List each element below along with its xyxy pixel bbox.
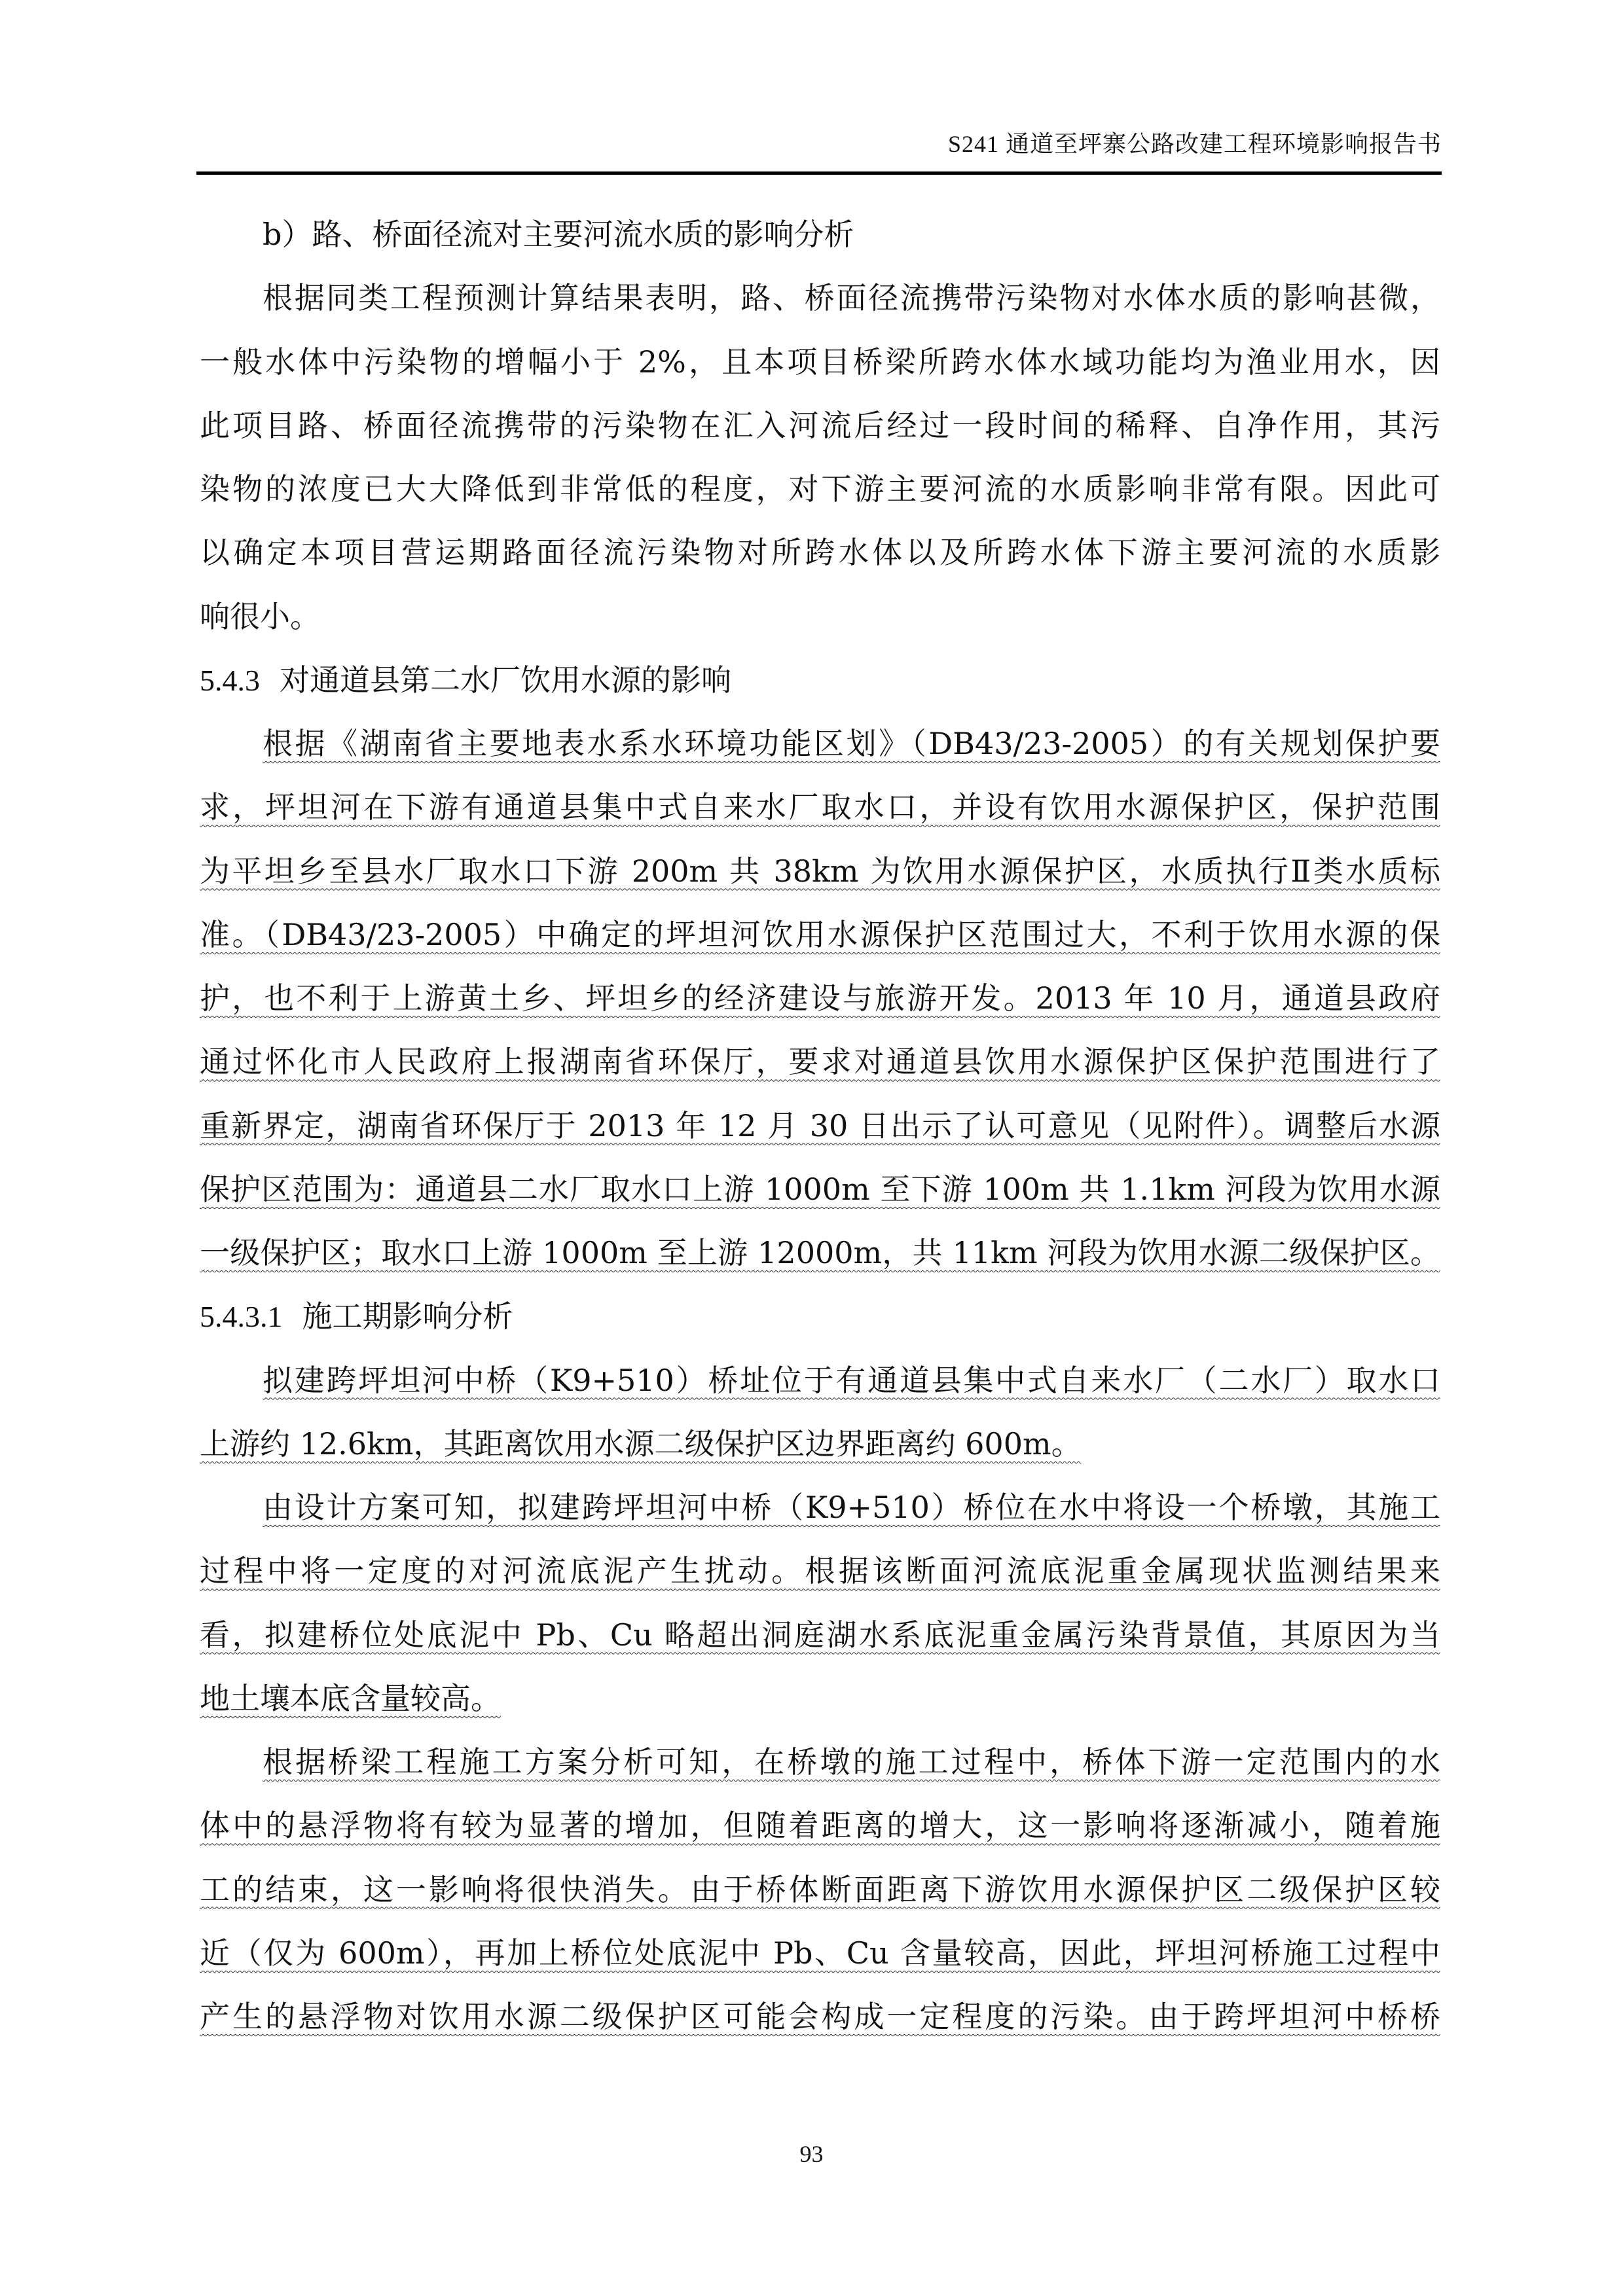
- paragraph-line: 根据同类工程预测计算结果表明，路、桥面径流携带污染物对水体水质的影响甚微，: [200, 266, 1440, 330]
- section-title: 对通道县第二水厂饮用水源的影响: [280, 662, 731, 698]
- paragraph-line: 以确定本项目营运期路面径流污染物对所跨水体以及所跨水体下游主要河流的水质影: [200, 521, 1440, 584]
- paragraph-line: 拟建跨坪坦河中桥（K9+510）桥址位于有通道县集中式自来水厂（二水厂）取水口: [200, 1349, 1440, 1412]
- paragraph-water-source-protection: 根据《湖南省主要地表水系水环境功能区划》（DB43/23-2005）的有关规划保…: [200, 712, 1440, 1285]
- paragraph-line: 上游约 12.6km，其距离饮用水源二级保护区边界距离约 600m。: [200, 1412, 1440, 1476]
- line-text: 求，坪坦河在下游有通道县集中式自来水厂取水口，并设有饮用水源保护区，保护范围: [200, 789, 1440, 825]
- paragraph-line: 染物的浓度已大大降低到非常低的程度，对下游主要河流的水质影响非常有限。因此可: [200, 457, 1440, 521]
- section-heading-5-4-3: 5.4.3对通道县第二水厂饮用水源的影响: [200, 649, 1440, 712]
- line-text: 此项目路、桥面径流携带的污染物在汇入河流后经过一段时间的稀释、自净作用，其污: [200, 408, 1440, 443]
- section-title: 施工期影响分析: [302, 1299, 513, 1334]
- paragraph-line: 护，也不利于上游黄土乡、坪坦乡的经济建设与旅游开发。2013 年 10 月，通道…: [200, 967, 1440, 1030]
- line-text: 以确定本项目营运期路面径流污染物对所跨水体以及所跨水体下游主要河流的水质影: [200, 535, 1440, 570]
- paragraph-line: 工的结束，这一影响将很快消失。由于桥体断面距离下游饮用水源保护区二级保护区较: [200, 1858, 1440, 1922]
- paragraph-line: 地土壤本底含量较高。: [200, 1667, 1440, 1731]
- line-text: 上游约 12.6km，其距离饮用水源二级保护区边界距离约 600m。: [200, 1426, 1082, 1462]
- page-header: S241 通道至坪寨公路改建工程环境影响报告书: [196, 117, 1442, 173]
- line-text: 根据同类工程预测计算结果表明，路、桥面径流携带污染物对水体水质的影响甚微，: [263, 280, 1440, 315]
- paragraph-line: 求，坪坦河在下游有通道县集中式自来水厂取水口，并设有饮用水源保护区，保护范围: [200, 776, 1440, 839]
- line-text: 由设计方案可知，拟建跨坪坦河中桥（K9+510）桥位在水中将设一个桥墩，其施工: [263, 1490, 1440, 1525]
- line-text: 重新界定，湖南省环保厅于 2013 年 12 月 30 日出示了认可意见（见附件…: [200, 1108, 1440, 1143]
- paragraph-line: 准。（DB43/23-2005）中确定的坪坦河饮用水源保护区范围过大，不利于饮用…: [200, 903, 1440, 967]
- paragraph-line: 一般水体中污染物的增幅小于 2%，且本项目桥梁所跨水体水域功能均为渔业用水，因: [200, 331, 1440, 394]
- line-text: 一般水体中污染物的增幅小于 2%，且本项目桥梁所跨水体水域功能均为渔业用水，因: [200, 344, 1440, 380]
- paragraph-line: 过程中将一定度的对河流底泥产生扰动。根据该断面河流底泥重金属现状监测结果来: [200, 1539, 1440, 1603]
- line-text: 地土壤本底含量较高。: [200, 1681, 501, 1716]
- document-title: S241 通道至坪寨公路改建工程环境影响报告书: [948, 124, 1442, 164]
- paragraph-runoff-analysis: 根据同类工程预测计算结果表明，路、桥面径流携带污染物对水体水质的影响甚微， 一般…: [200, 266, 1440, 649]
- header-rule: [196, 171, 1442, 175]
- line-text: 近（仅为 600m），再加上桥位处底泥中 Pb、Cu 含量较高，因此，坪坦河桥施…: [200, 1935, 1440, 1971]
- subheading-b-text: b）路、桥面径流对主要河流水质的影响分析: [263, 217, 854, 252]
- paragraph-line: 一级保护区；取水口上游 1000m 至上游 12000m，共 11km 河段为饮…: [200, 1221, 1440, 1285]
- paragraph-line: 近（仅为 600m），再加上桥位处底泥中 Pb、Cu 含量较高，因此，坪坦河桥施…: [200, 1922, 1440, 1985]
- paragraph-suspended-solids: 根据桥梁工程施工方案分析可知，在桥墩的施工过程中，桥体下游一定范围内的水 体中的…: [200, 1731, 1440, 2049]
- line-text: 护，也不利于上游黄土乡、坪坦乡的经济建设与旅游开发。2013 年 10 月，通道…: [200, 980, 1440, 1016]
- line-text: 保护区范围为：通道县二水厂取水口上游 1000m 至下游 100m 共 1.1k…: [200, 1172, 1440, 1207]
- paragraph-line: 通过怀化市人民政府上报湖南省环保厅，要求对通道县饮用水源保护区保护范围进行了: [200, 1030, 1440, 1094]
- page-number: 93: [0, 2140, 1623, 2168]
- paragraph-line: 此项目路、桥面径流携带的污染物在汇入河流后经过一段时间的稀释、自净作用，其污: [200, 394, 1440, 457]
- subheading-b: b）路、桥面径流对主要河流水质的影响分析: [200, 203, 1440, 266]
- line-text: 拟建跨坪坦河中桥（K9+510）桥址位于有通道县集中式自来水厂（二水厂）取水口: [263, 1363, 1440, 1398]
- line-text: 通过怀化市人民政府上报湖南省环保厅，要求对通道县饮用水源保护区保护范围进行了: [200, 1044, 1440, 1079]
- paragraph-line: 根据《湖南省主要地表水系水环境功能区划》（DB43/23-2005）的有关规划保…: [200, 712, 1440, 776]
- paragraph-line: 重新界定，湖南省环保厅于 2013 年 12 月 30 日出示了认可意见（见附件…: [200, 1094, 1440, 1158]
- line-text: 看，拟建桥位处底泥中 Pb、Cu 略超出洞庭湖水系底泥重金属污染背景值，其原因为…: [200, 1617, 1440, 1653]
- section-number: 5.4.3.1: [200, 1300, 283, 1333]
- paragraph-bridge-location: 拟建跨坪坦河中桥（K9+510）桥址位于有通道县集中式自来水厂（二水厂）取水口 …: [200, 1349, 1440, 1477]
- line-text: 染物的浓度已大大降低到非常低的程度，对下游主要河流的水质影响非常有限。因此可: [200, 471, 1440, 507]
- section-heading-5-4-3-1: 5.4.3.1施工期影响分析: [200, 1285, 1440, 1348]
- paragraph-line: 看，拟建桥位处底泥中 Pb、Cu 略超出洞庭湖水系底泥重金属污染背景值，其原因为…: [200, 1604, 1440, 1667]
- line-text: 产生的悬浮物对饮用水源二级保护区可能会构成一定程度的污染。由于跨坪坦河中桥桥: [200, 1999, 1440, 2034]
- line-text: 准。（DB43/23-2005）中确定的坪坦河饮用水源保护区范围过大，不利于饮用…: [200, 917, 1440, 952]
- paragraph-line: 产生的悬浮物对饮用水源二级保护区可能会构成一定程度的污染。由于跨坪坦河中桥桥: [200, 1985, 1440, 2049]
- line-text: 过程中将一定度的对河流底泥产生扰动。根据该断面河流底泥重金属现状监测结果来: [200, 1553, 1440, 1588]
- paragraph-line: 响很小。: [200, 585, 1440, 649]
- line-text: 响很小。: [200, 599, 320, 634]
- line-text: 根据桥梁工程施工方案分析可知，在桥墩的施工过程中，桥体下游一定范围内的水: [263, 1744, 1440, 1780]
- paragraph-line: 由设计方案可知，拟建跨坪坦河中桥（K9+510）桥位在水中将设一个桥墩，其施工: [200, 1476, 1440, 1539]
- section-number: 5.4.3: [200, 664, 260, 697]
- line-text: 为平坦乡至县水厂取水口下游 200m 共 38km 为饮用水源保护区，水质执行Ⅱ…: [200, 853, 1440, 889]
- line-text: 工的结束，这一影响将很快消失。由于桥体断面距离下游饮用水源保护区二级保护区较: [200, 1872, 1440, 1907]
- paragraph-line: 体中的悬浮物将有较为显著的增加，但随着距离的增大，这一影响将逐渐减小，随着施: [200, 1794, 1440, 1857]
- paragraph-line: 保护区范围为：通道县二水厂取水口上游 1000m 至下游 100m 共 1.1k…: [200, 1158, 1440, 1221]
- line-text: 根据《湖南省主要地表水系水环境功能区划》（DB43/23-2005）的有关规划保…: [263, 726, 1440, 761]
- paragraph-line: 为平坦乡至县水厂取水口下游 200m 共 38km 为饮用水源保护区，水质执行Ⅱ…: [200, 840, 1440, 903]
- line-text: 体中的悬浮物将有较为显著的增加，但随着距离的增大，这一影响将逐渐减小，随着施: [200, 1808, 1440, 1843]
- paragraph-sediment-disturbance: 由设计方案可知，拟建跨坪坦河中桥（K9+510）桥位在水中将设一个桥墩，其施工 …: [200, 1476, 1440, 1731]
- line-text: 一级保护区；取水口上游 1000m 至上游 12000m，共 11km 河段为饮…: [200, 1235, 1440, 1270]
- paragraph-line: 根据桥梁工程施工方案分析可知，在桥墩的施工过程中，桥体下游一定范围内的水: [200, 1731, 1440, 1794]
- document-body: b）路、桥面径流对主要河流水质的影响分析 根据同类工程预测计算结果表明，路、桥面…: [200, 203, 1440, 2049]
